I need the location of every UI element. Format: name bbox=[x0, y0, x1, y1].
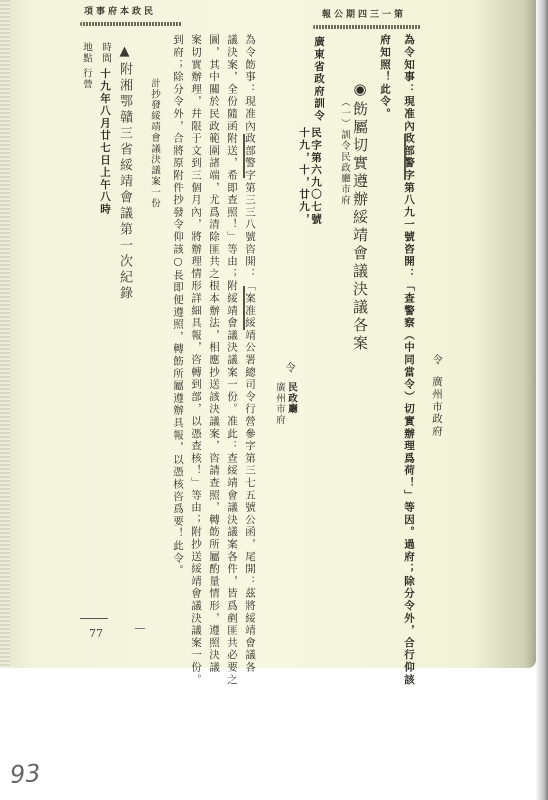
handwritten-note: 93 bbox=[9, 759, 41, 789]
page-number-dash bbox=[135, 628, 145, 629]
issuer: 廣東省政府訓令 bbox=[313, 36, 325, 122]
main-title-text: 飭屬切實遵辦綏靖會議決議各案 bbox=[351, 101, 369, 353]
main-recipient-2: 廣州市府 bbox=[273, 382, 285, 426]
header-right-title: 第一三四期公報 bbox=[322, 7, 406, 20]
doc-number: 民字第六九〇七號 bbox=[310, 127, 322, 225]
header-left-rule bbox=[80, 22, 182, 26]
appendix-title-text: 附湘鄂贛三省綏靖會議第一次紀錄 bbox=[117, 62, 132, 302]
main-body-column-2: 議決案，全份隨函附送，希即查照！」等由；附綏靖會議決議案一份。准此：查綏靖會議決… bbox=[226, 34, 238, 686]
time-value: 十九年八月廿七日上午八時 bbox=[99, 68, 111, 216]
scan-edge-shadow bbox=[536, 0, 548, 800]
main-margin-rule-2 bbox=[243, 286, 245, 330]
header-left-title: 民政本府事項 bbox=[84, 4, 156, 17]
time-label: 時間 bbox=[99, 42, 111, 64]
main-body-column-5: 到府；除分令外，合將原附件抄發令仰該○長即便遵照，轉飭所屬遵辦具報，以憑核咨爲要… bbox=[172, 34, 184, 577]
page-number-rule bbox=[80, 618, 108, 619]
main-recipient-1: 民政廳 bbox=[285, 382, 297, 415]
main-subtitle: （一）訓令民政廳市府 bbox=[338, 97, 350, 206]
place-label: 地點 bbox=[80, 42, 92, 64]
right-recipient-prefix: 令 bbox=[431, 354, 443, 366]
right-margin-rule bbox=[404, 134, 406, 180]
header-right-rule bbox=[313, 25, 421, 29]
attachment-note: 計抄發綏靖會議決議案一份 bbox=[148, 78, 160, 209]
document-page: 民政本府事項 第一三四期公報 為令知事：現准內政部警字第八九一號咨開：「查警察（… bbox=[0, 0, 536, 668]
binding-edge bbox=[0, 0, 10, 668]
main-body-column-3: 圖，其中關於民政範圍諸端，尤爲清除匪共之根本辦法，相應抄送該決議案，咨請查照，轉… bbox=[208, 34, 220, 674]
page-number: 77 bbox=[89, 627, 103, 640]
main-title: ◉飭屬切實遵辦綏靖會議決議各案 bbox=[352, 80, 368, 353]
main-body-column-1: 為令飭事：現准內政部警字第三三八號咨開：「案准綏靖公署總司令行營參字第三七五號公… bbox=[244, 34, 256, 674]
appendix-title: ▲附湘鄂贛三省綏靖會議第一次紀錄 bbox=[117, 44, 131, 302]
title-marker-icon: ◉ bbox=[351, 80, 369, 101]
main-recipient-prefix: 令 bbox=[284, 362, 296, 374]
right-body-column-1: 為令知事：現准內政部警字第八九一號咨開：「查警察（中同當令）切實辦理爲荷！」等因… bbox=[403, 34, 415, 686]
main-body-column-4: 案切實辦理，幷限于文到三個月內，將辦理情形詳細具報，咨轉到部，以憑查核！」等由；… bbox=[190, 34, 202, 686]
place-value: 行營 bbox=[80, 68, 92, 90]
main-margin-rule-1 bbox=[243, 134, 245, 178]
right-body-column-2: 府知照！此令。 bbox=[379, 34, 391, 120]
doc-date: 十九，十，廿九， bbox=[298, 127, 310, 225]
triangle-marker-icon: ▲ bbox=[117, 44, 132, 62]
right-recipient: 廣州市政府 bbox=[431, 376, 443, 438]
